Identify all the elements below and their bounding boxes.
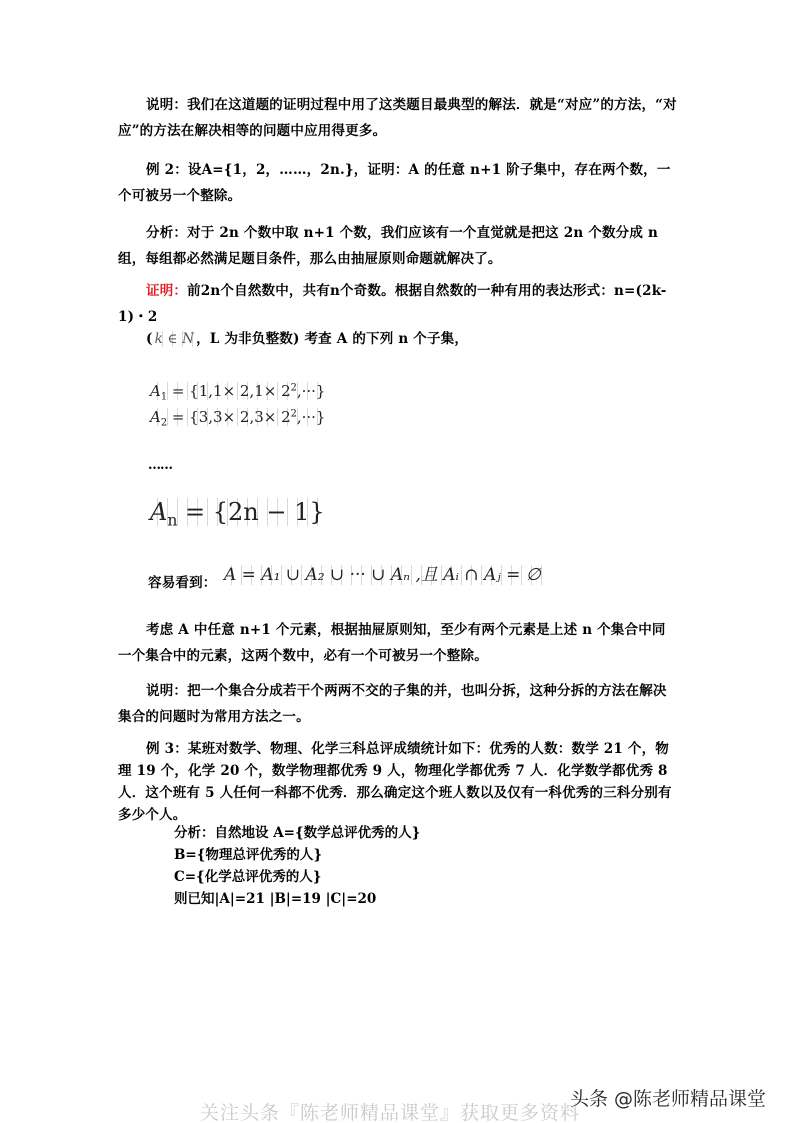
- analysis-line: 自然地设 A={数学总评优秀的人}: [215, 825, 421, 841]
- footer-watermark: 关注头条『陈老师精品课堂』获取更多资料: [200, 1098, 580, 1123]
- note-text: 把一个集合分成若干个两两不交的子集的并，也叫分拆，这种分拆的方法在解决集合的问题…: [118, 683, 667, 725]
- example-label: 例 2：: [146, 162, 188, 178]
- example-3-paragraph: 例 3：某班对数学、物理、化学三科总评成绩统计如下：优秀的人数：数学 21 个，…: [118, 738, 678, 826]
- formula-end: ,···}: [297, 408, 326, 426]
- paren-open: (: [146, 331, 153, 347]
- formula-a1: A1 = {1,1× 2,1× 22,···}: [148, 382, 327, 402]
- document-page: 说明：我们在这道题的证明过程中用了这类题目最典型的解法．就是“对应”的方法，“对…: [0, 0, 793, 1123]
- formula-end: ,···}: [297, 382, 326, 400]
- analysis-label: 分析：: [146, 225, 187, 241]
- analysis-3-line-3: C={化学总评优秀的人}: [174, 866, 321, 888]
- easy-to-see-label: 容易看到：: [148, 570, 217, 596]
- set-a-symbol: A: [150, 382, 161, 400]
- set-a-symbol: A: [150, 498, 167, 526]
- formula-an: An = {2n − 1}: [148, 498, 327, 529]
- analysis-3-line-1: 分析：自然地设 A={数学总评优秀的人}: [174, 822, 420, 844]
- k-in-n-formula: k ∈ N: [153, 331, 197, 347]
- example-label: 例 3：: [146, 741, 188, 757]
- union-formula: A = A₁ ∪ A₂ ∪ ··· ∪ Aₙ ,且 Aᵢ ∩ Aⱼ = ∅: [222, 560, 543, 585]
- analysis-2-paragraph: 分析：对于 2n 个数中取 n+1 个数，我们应该有一个直觉就是把这 2n 个数…: [118, 220, 678, 272]
- analysis-3-line-2: B={物理总评优秀的人}: [174, 844, 322, 866]
- proof-line-2-text: ，L 为非负整数) 考查 A 的下列 n 个子集，: [196, 331, 468, 347]
- note-label: 说明：: [146, 683, 187, 699]
- example-2-paragraph: 例 2：设A={1，2，……，2n.}，证明：A 的任意 n+1 阶子集中，存在…: [118, 157, 678, 209]
- proof-2-line-2: (k ∈ N，L 为非负整数) 考查 A 的下列 n 个子集，: [118, 326, 678, 352]
- set-a-symbol: A: [150, 408, 161, 426]
- formula-body: = {3,3× 2,3× 2: [167, 408, 291, 426]
- note-paragraph-1: 说明：我们在这道题的证明过程中用了这类题目最典型的解法．就是“对应”的方法，“对…: [118, 92, 678, 144]
- consider-paragraph: 考虑 A 中任意 n+1 个元素，根据抽屉原则知，至少有两个元素是上述 n 个集…: [118, 617, 678, 669]
- proof-label: 证明：: [146, 283, 187, 299]
- proof-text: 前2n个自然数中，共有n个奇数。根据自然数的一种有用的表达形式：n=(2k-1)…: [118, 283, 667, 325]
- formula-body: = {1,1× 2,1× 2: [167, 382, 291, 400]
- analysis-text: 对于 2n 个数中取 n+1 个数，我们应该有一个直觉就是把这 2n 个数分成 …: [118, 225, 658, 267]
- ellipsis: ……: [148, 458, 172, 473]
- subscript: n: [167, 511, 177, 529]
- note-label: 说明：: [146, 97, 187, 113]
- analysis-3-line-4: 则已知|A|=21 |B|=19 |C|=20: [174, 888, 376, 910]
- union-formula-text: A = A₁ ∪ A₂ ∪ ··· ∪ Aₙ ,且 Aᵢ ∩ Aⱼ = ∅: [222, 565, 543, 585]
- formula-body: = {2n − 1}: [177, 498, 324, 526]
- brand-watermark: 头条 @陈老师精品课堂: [570, 1084, 766, 1111]
- example-text: 设A={1，2，……，2n.}，证明：A 的任意 n+1 阶子集中，存在两个数，…: [118, 162, 671, 204]
- formula-a2: A2 = {3,3× 2,3× 22,···}: [148, 408, 327, 428]
- note-text: 我们在这道题的证明过程中用了这类题目最典型的解法．就是“对应”的方法，“对应”的…: [118, 97, 677, 139]
- analysis-label: 分析：: [174, 825, 215, 841]
- example-text: 某班对数学、物理、化学三科总评成绩统计如下：优秀的人数：数学 21 个，物理 1…: [118, 741, 672, 823]
- consider-text: 考虑 A 中任意 n+1 个元素，根据抽屉原则知，至少有两个元素是上述 n 个集…: [118, 622, 666, 664]
- proof-2-line-1: 证明：前2n个自然数中，共有n个奇数。根据自然数的一种有用的表达形式：n=(2k…: [118, 278, 678, 330]
- note-paragraph-2: 说明：把一个集合分成若干个两两不交的子集的并，也叫分拆，这种分拆的方法在解决集合…: [118, 678, 678, 730]
